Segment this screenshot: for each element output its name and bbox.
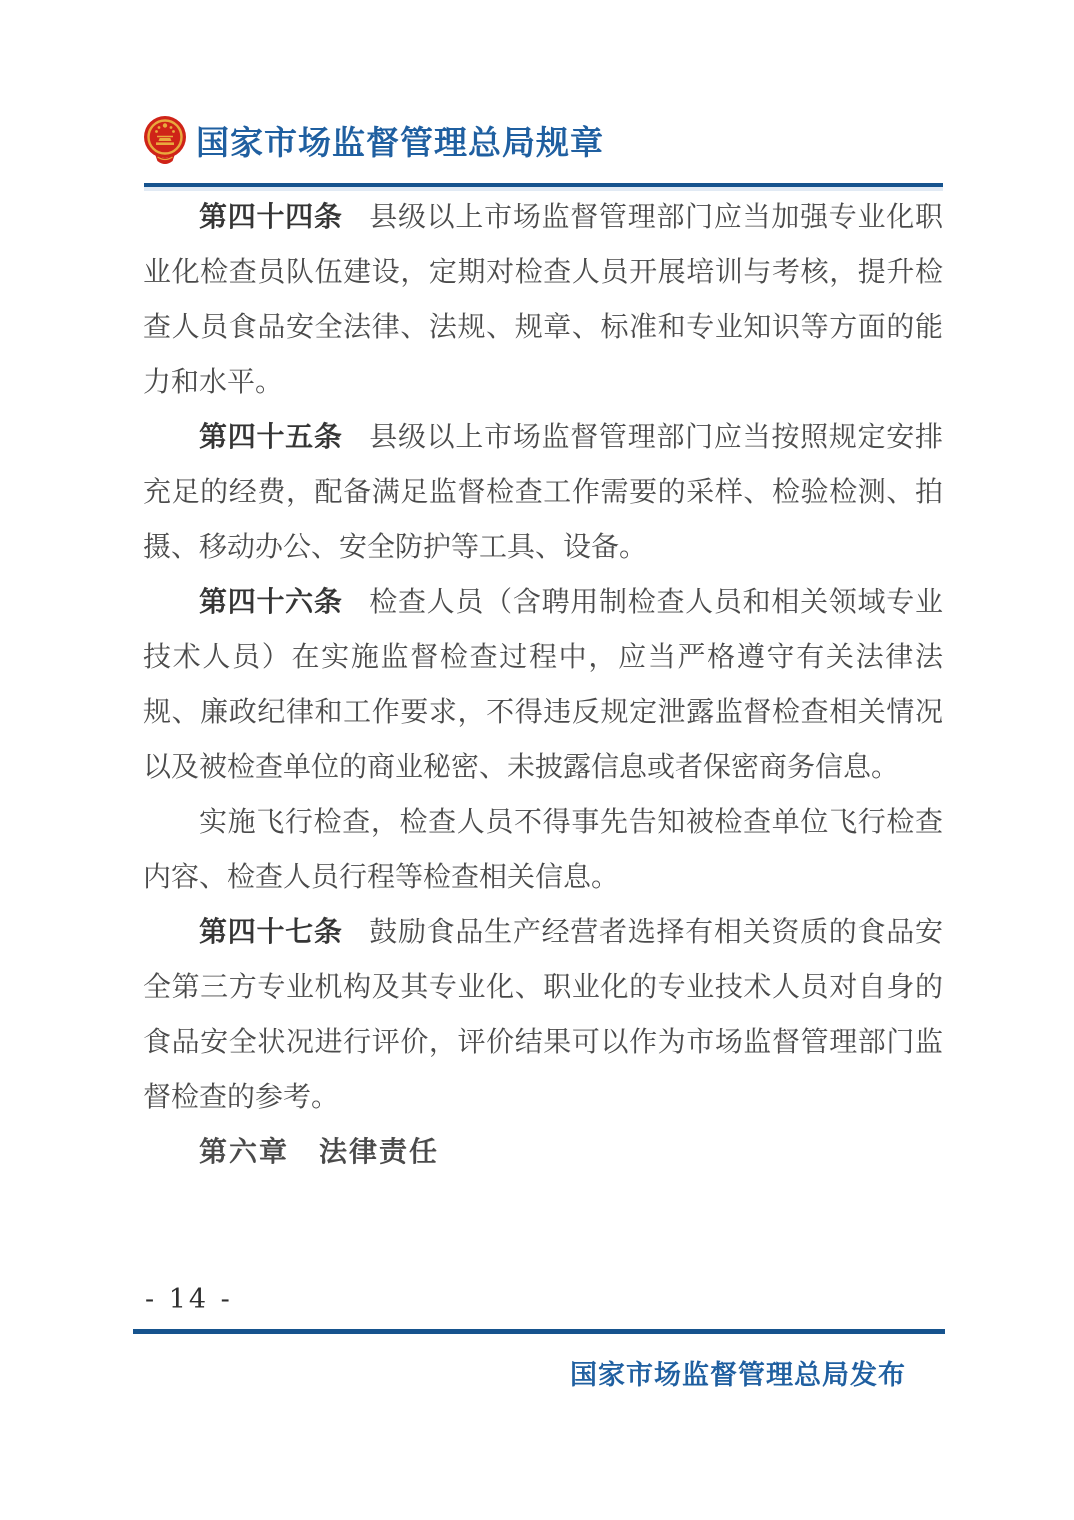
paragraph-article-46: 第四十六条检查人员（含聘用制检查人员和相关领域专业技术人员）在实施监督检查过程中… (143, 575, 943, 795)
page-header: 国家市场监督管理总局规章 (143, 112, 943, 168)
article-45-number: 第四十五条 (199, 422, 343, 453)
document-page: 国家市场监督管理总局规章 第四十四条县级以上市场监督管理部门应当加强专业化职业化… (0, 0, 1074, 1520)
article-46-number: 第四十六条 (199, 587, 343, 618)
paragraph-article-44: 第四十四条县级以上市场监督管理部门应当加强专业化职业化检查员队伍建设，定期对检查… (143, 190, 943, 410)
national-emblem-icon (143, 115, 187, 167)
publisher-line: 国家市场监督管理总局发布 (0, 1353, 906, 1392)
paragraph-article-47: 第四十七条鼓励食品生产经营者选择有相关资质的食品安全第三方专业机构及其专业化、职… (143, 905, 943, 1125)
paragraph-article-45: 第四十五条县级以上市场监督管理部门应当按照规定安排充足的经费，配备满足监督检查工… (143, 410, 943, 575)
article-46-continued-text: 实施飞行检查，检查人员不得事先告知被检查单位飞行检查内容、检查人员行程等检查相关… (143, 807, 943, 893)
document-body: 第四十四条县级以上市场监督管理部门应当加强专业化职业化检查员队伍建设，定期对检查… (143, 190, 943, 1180)
page-number: - 14 - (145, 1284, 233, 1315)
article-47-number: 第四十七条 (199, 917, 343, 948)
article-44-number: 第四十四条 (199, 202, 343, 233)
paragraph-article-46-continued: 实施飞行检查，检查人员不得事先告知被检查单位飞行检查内容、检查人员行程等检查相关… (143, 795, 943, 905)
header-title: 国家市场监督管理总局规章 (196, 117, 604, 164)
chapter-heading: 第六章 法律责任 (143, 1125, 943, 1180)
header-rule (144, 183, 943, 187)
footer-rule (133, 1329, 945, 1334)
